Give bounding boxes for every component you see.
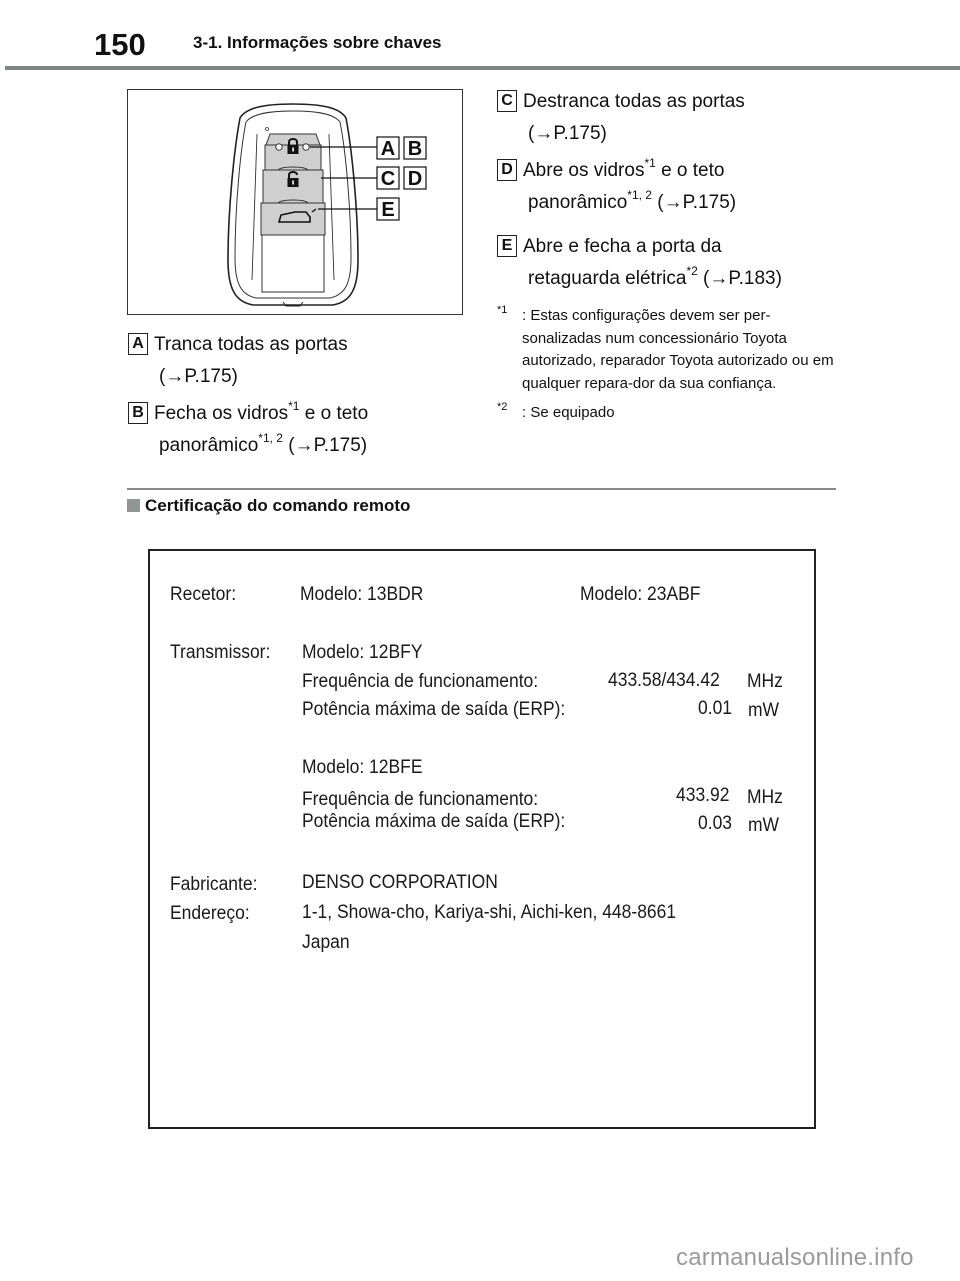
transmitter-2-frequency-value: 433.92 (676, 785, 729, 807)
receiver-label: Recetor: (170, 584, 236, 606)
svg-text:D: D (408, 168, 422, 190)
receiver-model-2: Modelo: 23ABF (580, 584, 700, 606)
transmitter-1-power-unit: mW (748, 700, 779, 722)
label-a: A (128, 333, 148, 355)
description-b: BFecha os vidros*1 e o teto panorâmico*1… (128, 398, 368, 462)
description-b-text: Fecha os vidros (154, 403, 288, 424)
key-fob-figure: A B C D E (127, 89, 463, 315)
description-c-text: Destranca todas as portas (523, 91, 745, 112)
label-b: B (128, 402, 148, 424)
footnote-ref: *1, 2 (627, 188, 652, 202)
description-d-text: Abre os vidros (523, 160, 644, 181)
svg-text:B: B (408, 138, 422, 160)
description-a-ref: (→P.175) (128, 361, 348, 393)
section-divider (127, 488, 836, 490)
address-line-2: Japan (302, 932, 350, 954)
label-d: D (497, 159, 517, 181)
watermark: carmanualsonline.info (676, 1244, 914, 1272)
transmitter-2-frequency-label: Frequência de funcionamento: (302, 789, 538, 811)
header-divider (5, 66, 960, 70)
address-label: Endereço: (170, 903, 250, 925)
description-d-line2: panorâmico (528, 192, 627, 213)
description-b-ref: (→P.175) (283, 435, 367, 456)
footnote-2: *2 : Se equipado (497, 402, 837, 425)
transmitter-1-frequency-unit: MHz (747, 671, 783, 693)
description-a: ATranca todas as portas (→P.175) (128, 329, 348, 393)
label-c: C (497, 90, 517, 112)
footnote-1-text: : Estas configurações devem ser per-sona… (522, 307, 834, 392)
transmitter-1-power-label: Potência máxima de saída (ERP): (302, 699, 565, 721)
transmitter-1-frequency-value: 433.58/434.42 (608, 670, 720, 692)
subsection-heading: Certificação do comando remoto (127, 496, 410, 516)
transmitter-label: Transmissor: (170, 642, 270, 664)
description-e-line2: retaguarda elétrica (528, 268, 686, 289)
footnote-ref: *2 (686, 264, 697, 278)
transmitter-2-power-label: Potência máxima de saída (ERP): (302, 811, 565, 833)
footnote-ref: *1 (644, 156, 655, 170)
transmitter-2-power-value: 0.03 (698, 813, 732, 835)
description-c-ref: (→P.175) (497, 118, 745, 150)
transmitter-1-model: Modelo: 12BFY (302, 642, 422, 664)
transmitter-1-power-value: 0.01 (698, 698, 732, 720)
description-b-line2: panorâmico (159, 435, 258, 456)
svg-text:C: C (381, 168, 395, 190)
footnote-ref: *1 (288, 399, 299, 413)
section-title: 3-1. Informações sobre chaves (193, 33, 442, 53)
heading-square-icon (127, 499, 140, 512)
description-d: DAbre os vidros*1 e o teto panorâmico*1,… (497, 155, 736, 219)
page-number: 150 (94, 27, 146, 63)
description-b-text-cont: e o teto (299, 403, 368, 424)
transmitter-2-model: Modelo: 12BFE (302, 757, 422, 779)
footnote-ref: *1, 2 (258, 431, 283, 445)
footnote-2-text: : Se equipado (522, 404, 615, 421)
subsection-heading-text: Certificação do comando remoto (145, 496, 410, 515)
description-d-ref: (→P.175) (652, 192, 736, 213)
key-fob-illustration: A B C D E (128, 90, 464, 316)
manufacturer-name: DENSO CORPORATION (302, 872, 498, 894)
svg-text:E: E (381, 199, 394, 221)
certification-label-panel: Recetor: Modelo: 13BDR Modelo: 23ABF Tra… (148, 549, 816, 1129)
transmitter-2-frequency-unit: MHz (747, 787, 783, 809)
description-d-text-cont: e o teto (656, 160, 725, 181)
transmitter-2-power-unit: mW (748, 815, 779, 837)
description-e-ref: (→P.183) (698, 268, 782, 289)
transmitter-1-frequency-label: Frequência de funcionamento: (302, 671, 538, 693)
description-a-text: Tranca todas as portas (154, 334, 348, 355)
indicator-light-icon (276, 144, 282, 150)
footnotes: *1 : Estas configurações devem ser per-s… (497, 305, 837, 425)
footnote-marker: *1 (497, 305, 507, 328)
description-c: CDestranca todas as portas (→P.175) (497, 86, 745, 150)
footnote-marker: *2 (497, 402, 507, 425)
footnote-1: *1 : Estas configurações devem ser per-s… (497, 305, 837, 395)
address-line-1: 1-1, Showa-cho, Kariya-shi, Aichi-ken, 4… (302, 902, 676, 924)
svg-text:A: A (381, 138, 395, 160)
description-e: EAbre e fecha a porta da retaguarda elét… (497, 231, 782, 295)
label-e: E (497, 235, 517, 257)
receiver-model-1: Modelo: 13BDR (300, 584, 423, 606)
manufacturer-label: Fabricante: (170, 874, 257, 896)
description-e-text: Abre e fecha a porta da (523, 236, 722, 257)
